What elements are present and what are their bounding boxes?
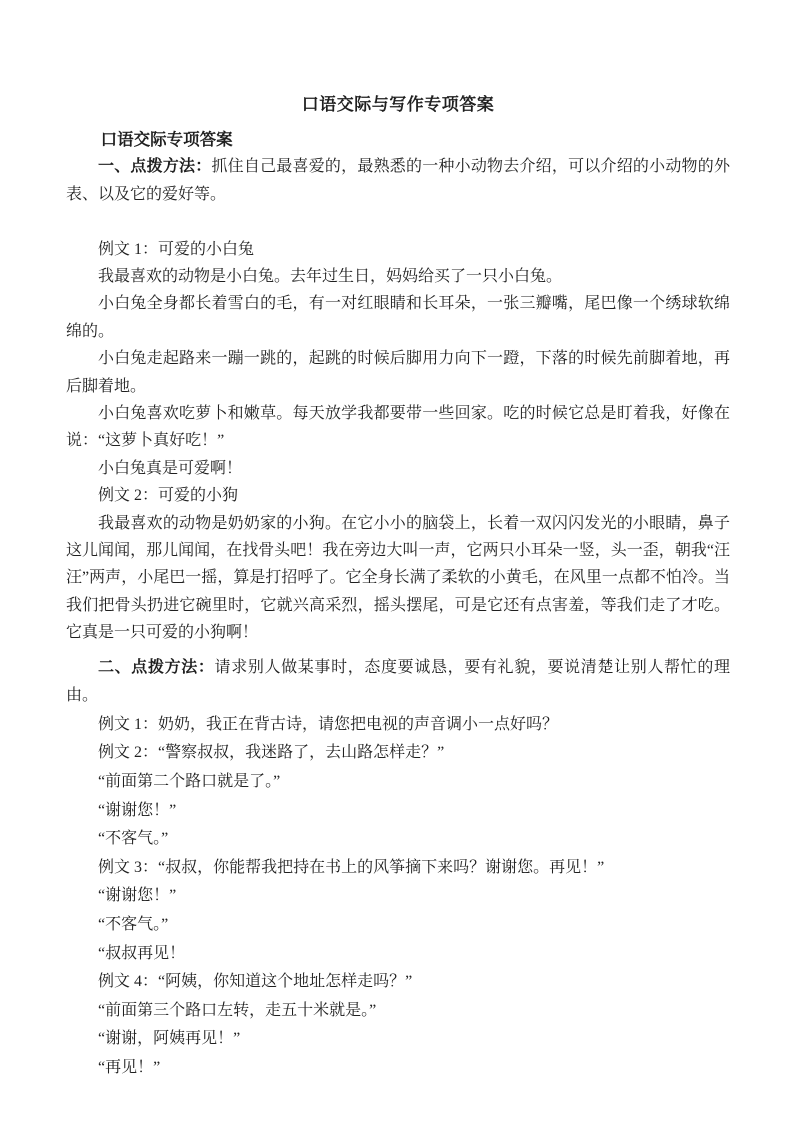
example-paragraph: 例文 1：奶奶，我正在背古诗，请您把电视的声音调小一点好吗？	[66, 711, 730, 740]
dialogue-line: “不客气。”	[66, 911, 730, 940]
dog-paragraph: 我最喜欢的动物是奶奶家的小狗。在它小小的脑袋上，长着一双闪闪发光的小眼睛，鼻子这…	[66, 510, 730, 647]
dialogue-line: “谢谢，阿姨再见！”	[66, 1025, 730, 1054]
dialogue-line: “谢谢您！”	[66, 797, 730, 826]
example-1-title: 例文 1：可爱的小白兔	[66, 236, 730, 263]
example-paragraph: 例文 3：“叔叔，你能帮我把持在书上的风筝摘下来吗？谢谢您。再见！”	[66, 854, 730, 883]
method-label-2: 二、点拨方法：	[98, 659, 215, 676]
method-paragraph-1: 一、点拨方法：抓住自己最喜爱的，最熟悉的一种小动物去介绍，可以介绍的小动物的外表…	[66, 153, 730, 208]
example-2-title: 例文 2：可爱的小狗	[66, 482, 730, 509]
dialogue-line: “前面第二个路口就是了。”	[66, 768, 730, 797]
example-paragraph: 例文 4：“阿姨，你知道这个地址怎样走吗？”	[66, 968, 730, 997]
rabbit-paragraph-4: 小白兔喜欢吃萝卜和嫩草。每天放学我都要带一些回家。吃的时候它总是盯着我，好像在说…	[66, 400, 730, 455]
rabbit-paragraph-5: 小白兔真是可爱啊！	[66, 455, 730, 482]
dialogue-line: “叔叔再见！	[66, 940, 730, 969]
method-label-1: 一、点拨方法：	[98, 158, 211, 175]
example-paragraph: 例文 2：“警察叔叔，我迷路了，去山路怎样走？”	[66, 739, 730, 768]
dialogue-line: “再见！”	[66, 1054, 730, 1083]
dialogue-line: “前面第三个路口左转，走五十米就是。”	[66, 997, 730, 1026]
method-paragraph-2: 二、点拨方法：请求别人做某事时，态度要诚恳，要有礼貌，要说清楚让别人帮忙的理由。	[66, 654, 730, 711]
rabbit-paragraph-3: 小白兔走起路来一蹦一跳的，起跳的时候后脚用力向下一蹬，下落的时候先前脚着地，再后…	[66, 345, 730, 400]
rabbit-paragraph-2: 小白兔全身都长着雪白的毛，有一对红眼睛和长耳朵，一张三瓣嘴，尾巴像一个绣球软绵绵…	[66, 290, 730, 345]
rabbit-paragraph-1: 我最喜欢的动物是小白兔。去年过生日，妈妈给买了一只小白兔。	[66, 263, 730, 290]
document-title: 口语交际与写作专项答案	[66, 94, 730, 116]
blank-line	[66, 208, 730, 235]
section-heading: 口语交际专项答案	[66, 126, 730, 153]
dialogue-line: “不客气。”	[66, 825, 730, 854]
dialogue-line: “谢谢您！”	[66, 882, 730, 911]
document-page: 口语交际与写作专项答案 口语交际专项答案 一、点拨方法：抓住自己最喜爱的，最熟悉…	[0, 0, 793, 1122]
